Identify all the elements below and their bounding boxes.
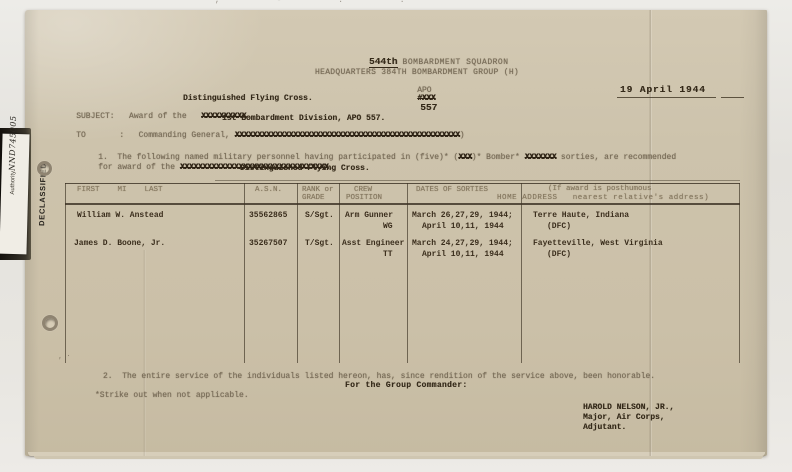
unit-name-text: BOMBARDMENT SQUADRON [403,59,509,67]
col-header-name: FIRST MI LAST [77,187,163,195]
subject-insert-text: Distinguished Flying Cross. [183,95,313,103]
table-row-2-dates: March 24,27,29, 1944; [412,240,513,248]
subject-prefix: SUBJECT: Award of the [76,112,201,121]
table-row-2-position: Asst Engineer [342,240,404,248]
award-recommendation-table: FIRST MI LAST A.S.N. RANK or GRADE CREW … [65,183,740,363]
to-insert-text: 1st Bombardment Division, APO 557. [222,115,385,123]
punch-hole-ring-bottom [42,315,58,331]
p1-text-c: sorties, are recommended [556,153,676,162]
to-line: TO : Commanding General, XXXXXXXXXXXXXXX… [57,124,465,148]
letterhead-line-2: HEADQUARTERS 384TH BOMBARDMENT GROUP (H) [315,69,519,77]
table-row-2-rank: T/Sgt. [305,240,334,248]
signature-title: Adjutant. [583,424,626,432]
underlying-sheet-edge-2 [34,456,763,459]
authority-label: Authority [9,171,16,195]
table-header-rule [65,203,740,205]
table-row-1-rank: S/Sgt. [305,212,334,220]
table-row-1-dates-2: April 10,11, 1944 [422,223,504,231]
letterhead-apo-line: APO #XXX 557 [398,79,437,121]
table-row-2-position-2: TT [383,251,393,259]
scanned-document: , - . . 544th BOMBARDMENT SQUADRON HEADQ… [0,0,792,472]
date-underline [617,97,716,98]
table-row-1-dates: March 26,27,29, 1944; [412,212,513,220]
top-edge-cutoff-marks: , - . . [215,0,405,5]
punch-hole-ring-top [37,161,52,176]
to-prefix: TO : Commanding General, [76,131,234,140]
col-header-crew-2: POSITION [346,195,382,203]
declassified-stamp-label: AuthorityNND745005 DECLASSIFIED [0,134,30,255]
signature-rank: Major, Air Corps, [583,414,665,422]
col-header-rank-2: GRADE [302,195,325,203]
date-stamp: 19 April 1944 [620,85,706,95]
table-top-rule-double [215,180,740,181]
authority-number: NND745005 [7,115,17,171]
table-row-2-name: James D. Boone, Jr. [74,240,165,248]
p1-struck-1: XXX [458,153,472,162]
table-row-2-home-2: (DFC) [547,251,571,259]
unit-number-stamp: 544th [369,57,398,68]
to-tail: ) [460,131,465,140]
table-col-line-position [339,183,340,363]
table-top-rule [65,183,740,184]
to-struck-text: XXXXXXXXXXXXXXXXXXXXXXXXXXXXXXXXXXXXXXXX… [235,131,460,140]
p1-text-b: )* Bomber* [472,153,525,162]
for-group-commander-text: For the Group Commander: [345,382,467,390]
table-row-1-home: Terre Haute, Indiana [533,212,629,220]
col-header-home-2: HOME ADDRESS nearest relative's address) [497,195,709,203]
table-row-1-asn: 35562865 [249,212,287,220]
declassified-stamp-inner: AuthorityNND745005 DECLASSIFIED [0,134,30,254]
table-row-2-asn: 35267507 [249,240,287,248]
table-col-line-dates [407,183,408,363]
table-row-2-home: Fayetteville, West Virginia [533,240,663,248]
apo-number: 557 [420,102,437,113]
col-header-asn: A.S.N. [255,187,282,195]
declassified-authority-line: AuthorityNND745005 [0,115,39,272]
col-header-dates: DATES OF SORTIES [416,187,488,195]
table-row-2-dates-2: April 10,11, 1944 [422,251,504,259]
table-row-1-position: Arm Gunner [345,212,393,220]
table-col-line-home [521,183,522,363]
table-border-left [65,183,66,363]
paragraph-1-insert-text: Distinguished Flying Cross. [240,165,370,173]
p1-text-d: for award of the [98,163,180,172]
col-header-home-1: (If award is posthumous [548,186,652,194]
date-underline-dash [721,97,744,98]
table-border-right [739,183,740,363]
table-row-1-home-2: (DFC) [547,223,571,231]
letterhead-line-1: 544th BOMBARDMENT SQUADRON [369,57,509,68]
paragraph-2: 2. The entire service of the individuals… [103,373,655,381]
signature-name: HAROLD NELSON, JR., [583,404,674,412]
table-row-1-position-2: WG [383,223,393,231]
table-col-line-asn [244,183,245,363]
strike-out-footnote: *Strike out when not applicable. [95,392,249,400]
table-row-1-name: William W. Anstead [77,212,163,220]
table-col-line-rank [297,183,298,363]
p1-struck-2: XXXXXXX [525,153,557,162]
